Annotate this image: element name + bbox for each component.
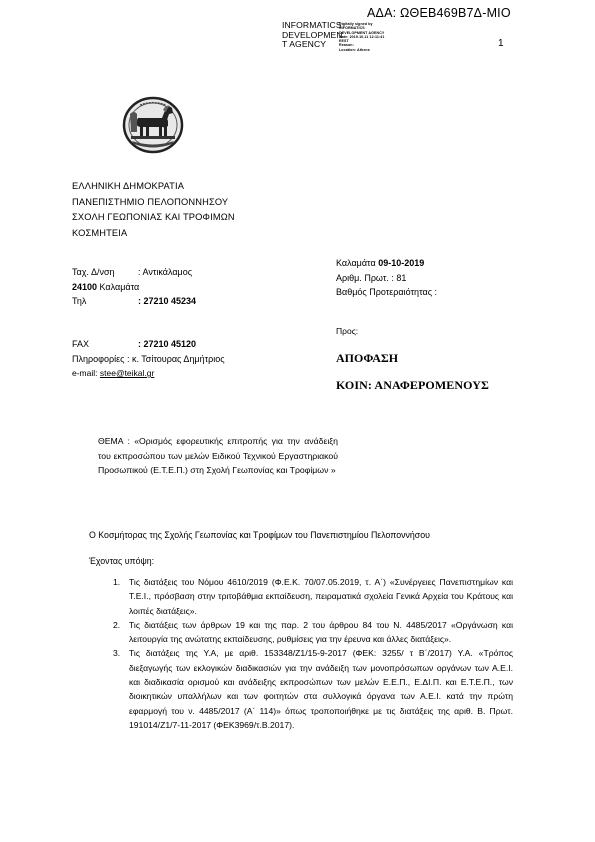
institution-line-university: ΠΑΝΕΠΙΣΤΗΜΙΟ ΠΕΛΟΠΟΝΝΗΣΟΥ	[72, 195, 235, 211]
digital-signature-stamp: Digitally signed by INFORMATICS DEVELOPM…	[339, 22, 384, 52]
seal-icon	[122, 96, 184, 154]
list-item-text: Τις διατάξεις των άρθρων 19 και της παρ.…	[129, 620, 513, 644]
place-label: Καλαμάτα	[336, 258, 378, 268]
list-item-number: 3.	[113, 646, 120, 660]
list-item: 3. Τις διατάξεις της Υ.Α, με αριθ. 15334…	[113, 646, 513, 732]
email-row: e-mail: stee@teikal.gr	[72, 366, 225, 381]
contact-block: FAX: 27210 45120 Πληροφορίες : κ. Τσίτου…	[72, 337, 225, 381]
info-contact-name: κ. Τσίτουρας Δημήτριος	[132, 354, 225, 364]
email-link[interactable]: stee@teikal.gr	[100, 368, 154, 378]
protocol-label: Αριθμ. Πρωτ. :	[336, 273, 396, 283]
institution-heading: ΕΛΛΗΝΙΚΗ ΔΗΜΟΚΡΑΤΙΑ ΠΑΝΕΠΙΣΤΗΜΙΟ ΠΕΛΟΠΟΝ…	[72, 179, 235, 241]
document-meta: Καλαμάτα 09-10-2019 Αριθμ. Πρωτ. : 81 Βα…	[336, 256, 437, 300]
institution-line-school: ΣΧΟΛΗ ΓΕΩΠΟΝΙΑΣ ΚΑΙ ΤΡΟΦΙΜΩΝ	[72, 210, 235, 226]
protocol-row: Αριθμ. Πρωτ. : 81	[336, 271, 437, 286]
postal-address-value: : Αντικάλαμος	[138, 267, 192, 277]
place-date-row: Καλαμάτα 09-10-2019	[336, 256, 437, 271]
protocol-number: 81	[396, 273, 406, 283]
postal-address-label: Ταχ. Δ/νση	[72, 265, 138, 280]
subject-block: ΘΕΜΑ : «Ορισμός εφορευτικής επιτροπής γι…	[98, 434, 338, 478]
list-item: 1. Τις διατάξεις του Νόμου 4610/2019 (Φ.…	[113, 575, 513, 618]
page-number: 1	[498, 38, 504, 49]
info-row: Πληροφορίες : κ. Τσίτουρας Δημήτριος	[72, 352, 225, 367]
phone-row: Τηλ: 27210 45234	[72, 294, 196, 309]
dean-statement: Ο Κοσμήτορας της Σχολής Γεωπονίας και Τρ…	[89, 530, 430, 540]
email-label: e-mail:	[72, 368, 100, 378]
phone-label: Τηλ	[72, 294, 138, 309]
agency-line: T AGENCY	[282, 40, 343, 50]
fax-label: FAX	[72, 337, 138, 352]
zip-code: 24100	[72, 282, 97, 292]
address-block: Ταχ. Δ/νση: Αντικάλαμος 24100 Καλαμάτα Τ…	[72, 265, 196, 309]
subject-text: «Ορισμός εφορευτικής επιτροπής για την α…	[98, 436, 338, 475]
institution-line-deanery: ΚΟΣΜΗΤΕΙΑ	[72, 226, 235, 242]
signature-line: Location: Athens	[339, 48, 384, 52]
subject-label: ΘΕΜΑ :	[98, 436, 134, 446]
cc-recipients: ΚΟΙΝ: ΑΝΑΦΕΡΟΜΕΝΟΥΣ	[336, 378, 489, 393]
priority-row: Βαθμός Προτεραιότητας :	[336, 285, 437, 300]
postal-address-row: Ταχ. Δ/νση: Αντικάλαμος	[72, 265, 196, 280]
fax-value: : 27210 45120	[138, 339, 196, 349]
list-item-text: Τις διατάξεις της Υ.Α, με αριθ. 153348/Ζ…	[129, 648, 513, 729]
phone-value: : 27210 45234	[138, 296, 196, 306]
info-label: Πληροφορίες :	[72, 354, 132, 364]
university-seal-logo	[122, 96, 184, 154]
institution-line-country: ΕΛΛΗΝΙΚΗ ΔΗΜΟΚΡΑΤΙΑ	[72, 179, 235, 195]
having-regard-heading: Έχοντας υπόψη:	[89, 556, 154, 566]
city: Καλαμάτα	[97, 282, 139, 292]
ada-code: ΑΔΑ: ΩΘΕΒ469Β7Δ-ΜΙΟ	[367, 6, 511, 20]
list-item-number: 1.	[113, 575, 120, 589]
list-item-text: Τις διατάξεις του Νόμου 4610/2019 (Φ.Ε.Κ…	[129, 577, 513, 616]
document-date: 09-10-2019	[378, 258, 424, 268]
decision-title: ΑΠΟΦΑΣΗ	[336, 351, 398, 366]
list-item-number: 2.	[113, 618, 120, 632]
fax-row: FAX: 27210 45120	[72, 337, 225, 352]
list-item: 2. Τις διατάξεις των άρθρων 19 και της π…	[113, 618, 513, 647]
recipient-label: Προς:	[336, 326, 358, 336]
zip-city-row: 24100 Καλαμάτα	[72, 280, 196, 295]
issuing-agency-label: INFORMATICS DEVELOPMEN T AGENCY	[282, 21, 343, 50]
considerations-list: 1. Τις διατάξεις του Νόμου 4610/2019 (Φ.…	[113, 575, 513, 732]
